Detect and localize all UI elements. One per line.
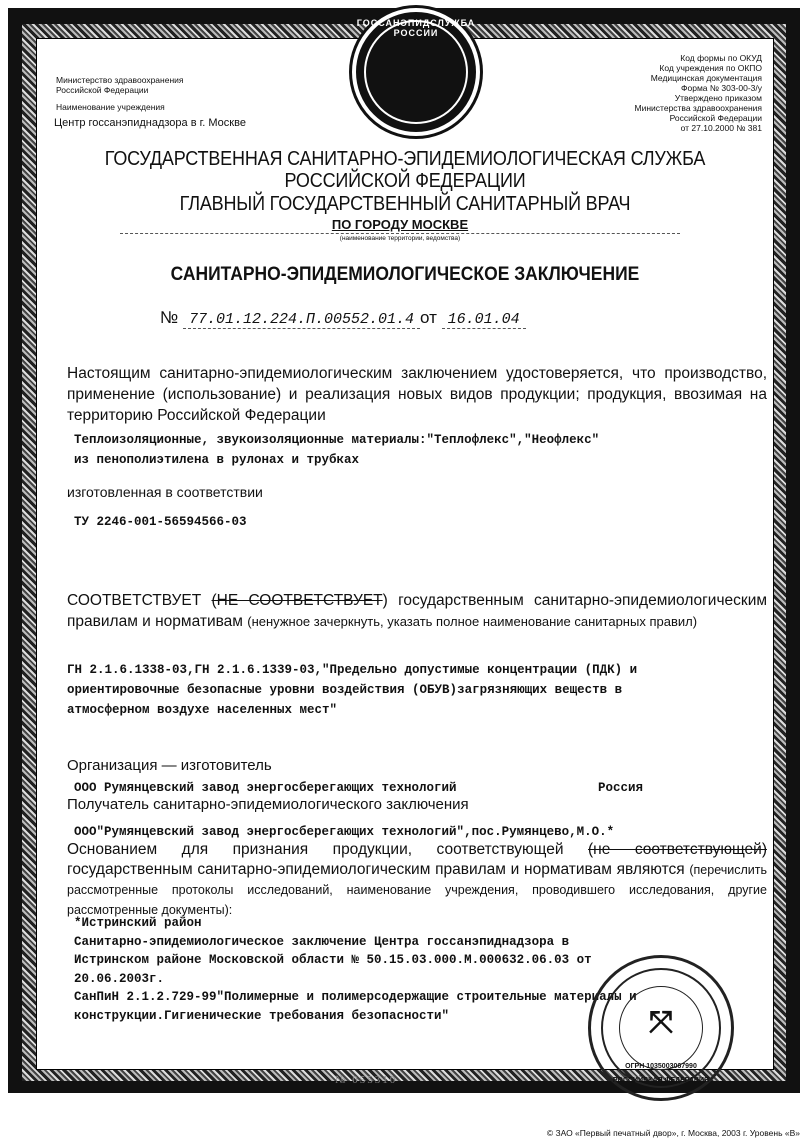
chief-doctor-heading: ГЛАВНЫЙ ГОСУДАРСТВЕННЫЙ САНИТАРНЫЙ ВРАЧ [77,193,734,215]
form-code-line: Медицинская документация [635,73,763,83]
ministry-line: Российской Федерации [56,85,184,95]
company-stamp: ⤧ ОГРН 1035003067990 РОССИЙСКАЯ ФЕДЕРАЦИ… [588,955,734,1101]
hammer-arrows-icon: ⤧ [591,1006,731,1040]
institution-label: Наименование учреждения [56,102,165,112]
document-number: 77.01.12.224.П.00552.01.4 [183,311,420,329]
stamp-country: РОССИЙСКАЯ ФЕДЕРАЦИЯ [591,1077,731,1084]
agency-heading: ГОСУДАРСТВЕННАЯ САНИТАРНО-ЭПИДЕМИОЛОГИЧЕ… [77,148,734,170]
basis-statement: Основанием для признания продукции, соот… [67,840,767,920]
norms-line: атмосферном воздухе населенных мест" [67,700,802,720]
product-description: Теплоизоляционные, звукоизоляционные мат… [74,430,774,470]
manufactured-label: изготовленная в соответствии [67,484,263,500]
printer-footer: © ЗАО «Первый печатный двор», г. Москва,… [547,1128,800,1138]
document-line: Санитарно-эпидемиологическое заключение … [74,933,794,952]
document-number-line: № 77.01.12.224.П.00552.01.4от 16.01.04 [160,308,526,328]
seal-text: ГОССАНЭПИДСЛУЖБА РОССИИ [356,18,476,38]
form-code-line: Утверждено приказом [635,93,763,103]
struck-option: (не соответствующей) [588,841,767,858]
technical-spec: ТУ 2246-001-56594566-03 [74,512,247,532]
intro-paragraph: Настоящим санитарно-эпидемиологическим з… [67,363,767,426]
top-emblem-seal: ГОССАНЭПИДСЛУЖБА РОССИИ [352,8,480,136]
recipient-label: Получатель санитарно-эпидемиологического… [67,796,469,813]
struck-option: (НЕ СООТВЕТСТВУЕТ [211,592,382,609]
manufacturer-country: Россия [598,778,643,798]
number-label: № [160,308,178,327]
stamp-ogrn: ОГРН 1035003067990 [591,1063,731,1070]
norms-line: ориентировочные безопасные уровни воздей… [67,680,802,700]
country-heading: РОССИЙСКОЙ ФЕДЕРАЦИИ [77,170,734,192]
norms-line: ГН 2.1.6.1338-03,ГН 2.1.6.1339-03,"Преде… [67,660,802,680]
ministry-block: Министерство здравоохранения Российской … [56,75,184,95]
manufacturer-name: ООО Румянцевский завод энергосберегающих… [74,778,457,798]
recipient-name: ООО"Румянцевский завод энергосберегающих… [74,822,614,842]
document-line: *Истринский район [74,914,794,933]
date-label: от [420,308,437,327]
territory: ПО ГОРОДУ МОСКВЕ [120,217,680,234]
form-code-block: Код формы по ОКУД Код учреждения по ОКПО… [635,53,763,133]
manufacturer-label: Организация — изготовитель [67,757,272,774]
product-line: Теплоизоляционные, звукоизоляционные мат… [74,430,774,450]
hygiene-norms: ГН 2.1.6.1338-03,ГН 2.1.6.1339-03,"Преде… [67,660,802,720]
territory-text: ПО ГОРОДУ МОСКВЕ [332,217,468,232]
conformity-statement: СООТВЕТСТВУЕТ (НЕ СООТВЕТСТВУЕТ) государ… [67,590,767,632]
conformity-status: СООТВЕТСТВУЕТ [67,592,201,609]
form-code-line: Министерства здравоохранения [635,103,763,113]
product-line: из пенополиэтилена в рулонах и трубках [74,450,774,470]
form-code-line: Код формы по ОКУД [635,53,763,63]
form-code-line: Форма № 303-00-3/у [635,83,763,93]
territory-caption: (наименование территории, ведомства) [120,235,680,242]
institution-name: Центр госсанэпиднадзора в г. Москве [54,117,246,129]
document-title: САНИТАРНО-ЭПИДЕМИОЛОГИЧЕСКОЕ ЗАКЛЮЧЕНИЕ [69,264,741,286]
basis-text: Основанием для признания продукции, соот… [67,841,588,858]
basis-text: государственным санитарно-эпидемиологиче… [67,861,689,878]
form-code-line: Российской Федерации [635,113,763,123]
serial-number: № 055310 [335,1074,397,1086]
document-date: 16.01.04 [442,311,526,329]
ministry-line: Министерство здравоохранения [56,75,184,85]
form-code-line: от 27.10.2000 № 381 [635,123,763,133]
form-code-line: Код учреждения по ОКПО [635,63,763,73]
conformity-note: (ненужное зачеркнуть, указать полное наи… [247,614,697,629]
